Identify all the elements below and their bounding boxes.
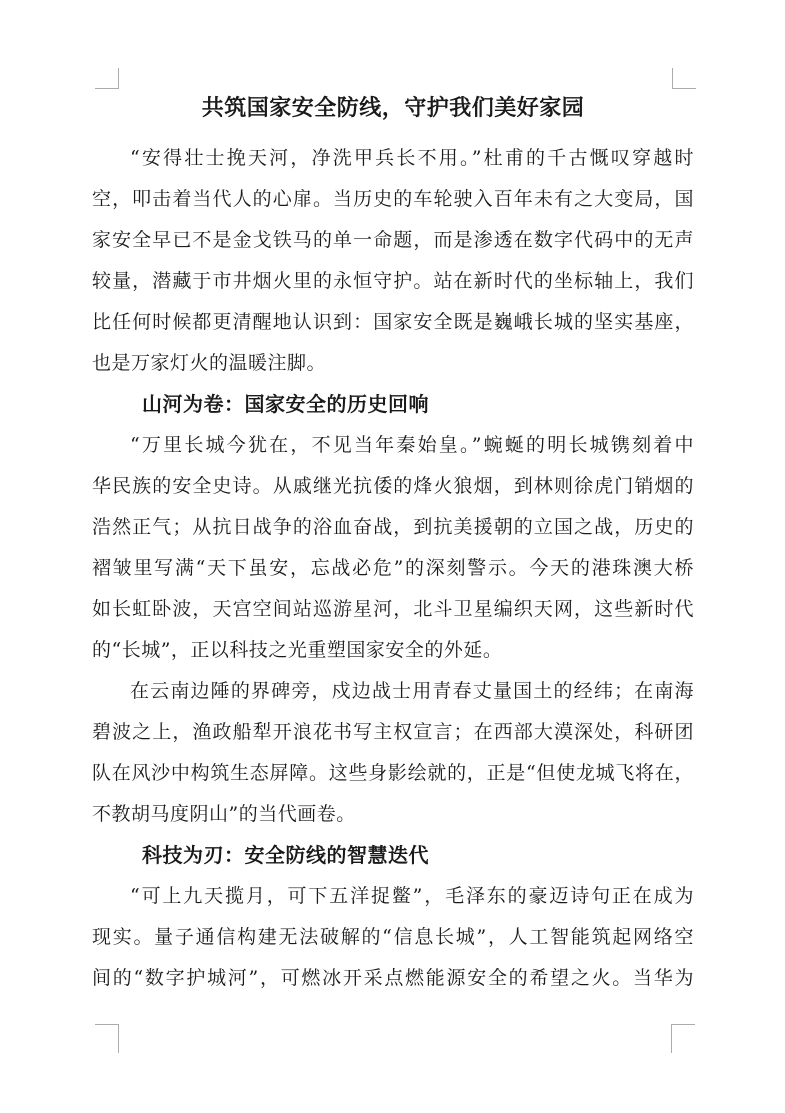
body-line: 在云南边陲的界碑旁，戍边战士用青春丈量国土的经纬；在南海 [92, 671, 694, 712]
crop-mark-bottom-left-icon [118, 1024, 119, 1053]
body-line: “安得壮士挽天河，净洗甲兵长不用。”杜甫的千古慨叹穿越时 [92, 138, 694, 179]
body-line: 如长虹卧波，天宫空间站巡游星河，北斗卫星编织天网，这些新时代 [92, 589, 694, 630]
body-line: 华民族的安全史诗。从戚继光抗倭的烽火狼烟，到林则徐虎门销烟的 [92, 466, 694, 507]
body-line: “可上九天揽月，可下五洋捉鳖”，毛泽东的豪迈诗句正在成为 [92, 876, 694, 917]
text-body: 共筑国家安全防线，守护我们美好家园 “安得壮士挽天河，净洗甲兵长不用。”杜甫的千… [92, 86, 694, 999]
body-line: 较量，潜藏于市井烟火里的永恒守护。站在新时代的坐标轴上，我们 [92, 261, 694, 302]
body-line: 空，叩击着当代人的心扉。当历史的车轮驶入百年未有之大变局，国 [92, 179, 694, 220]
crop-mark-bottom-right-icon [671, 1024, 695, 1025]
document-page: 共筑国家安全防线，守护我们美好家园 “安得壮士挽天河，净洗甲兵长不用。”杜甫的千… [0, 0, 785, 1113]
section-heading: 山河为卷：国家安全的历史回响 [92, 384, 694, 425]
body-line: 不教胡马度阴山”的当代画卷。 [92, 794, 694, 835]
body-line: 的“长城”，正以科技之光重塑国家安全的外延。 [92, 630, 694, 671]
crop-mark-bottom-left-icon [95, 1024, 119, 1025]
body-line: 浩然正气；从抗日战争的浴血奋战，到抗美援朝的立国之战，历史的 [92, 507, 694, 548]
body-line: 褶皱里写满“天下虽安，忘战必危”的深刻警示。今天的港珠澳大桥 [92, 548, 694, 589]
body-line: 比任何时候都更清醒地认识到：国家安全既是巍峨长城的坚实基座， [92, 302, 694, 343]
body-line: 也是万家灯火的温暖注脚。 [92, 343, 694, 384]
crop-mark-bottom-right-icon [671, 1024, 672, 1053]
section-heading: 科技为刃：安全防线的智慧迭代 [92, 835, 694, 876]
body-line: “万里长城今犹在，不见当年秦始皇。”蜿蜒的明长城镌刻着中 [92, 425, 694, 466]
body-line: 队在风沙中构筑生态屏障。这些身影绘就的，正是“但使龙城飞将在， [92, 753, 694, 794]
body-line: 家安全早已不是金戈铁马的单一命题，而是渗透在数字代码中的无声 [92, 220, 694, 261]
document-title: 共筑国家安全防线，守护我们美好家园 [92, 86, 694, 130]
body-line: 碧波之上，渔政船犁开浪花书写主权宣言；在西部大漠深处，科研团 [92, 712, 694, 753]
body-line: 间的“数字护城河”，可燃冰开采点燃能源安全的希望之火。当华为 [92, 958, 694, 999]
body-line: 现实。量子通信构建无法破解的“信息长城”，人工智能筑起网络空 [92, 917, 694, 958]
